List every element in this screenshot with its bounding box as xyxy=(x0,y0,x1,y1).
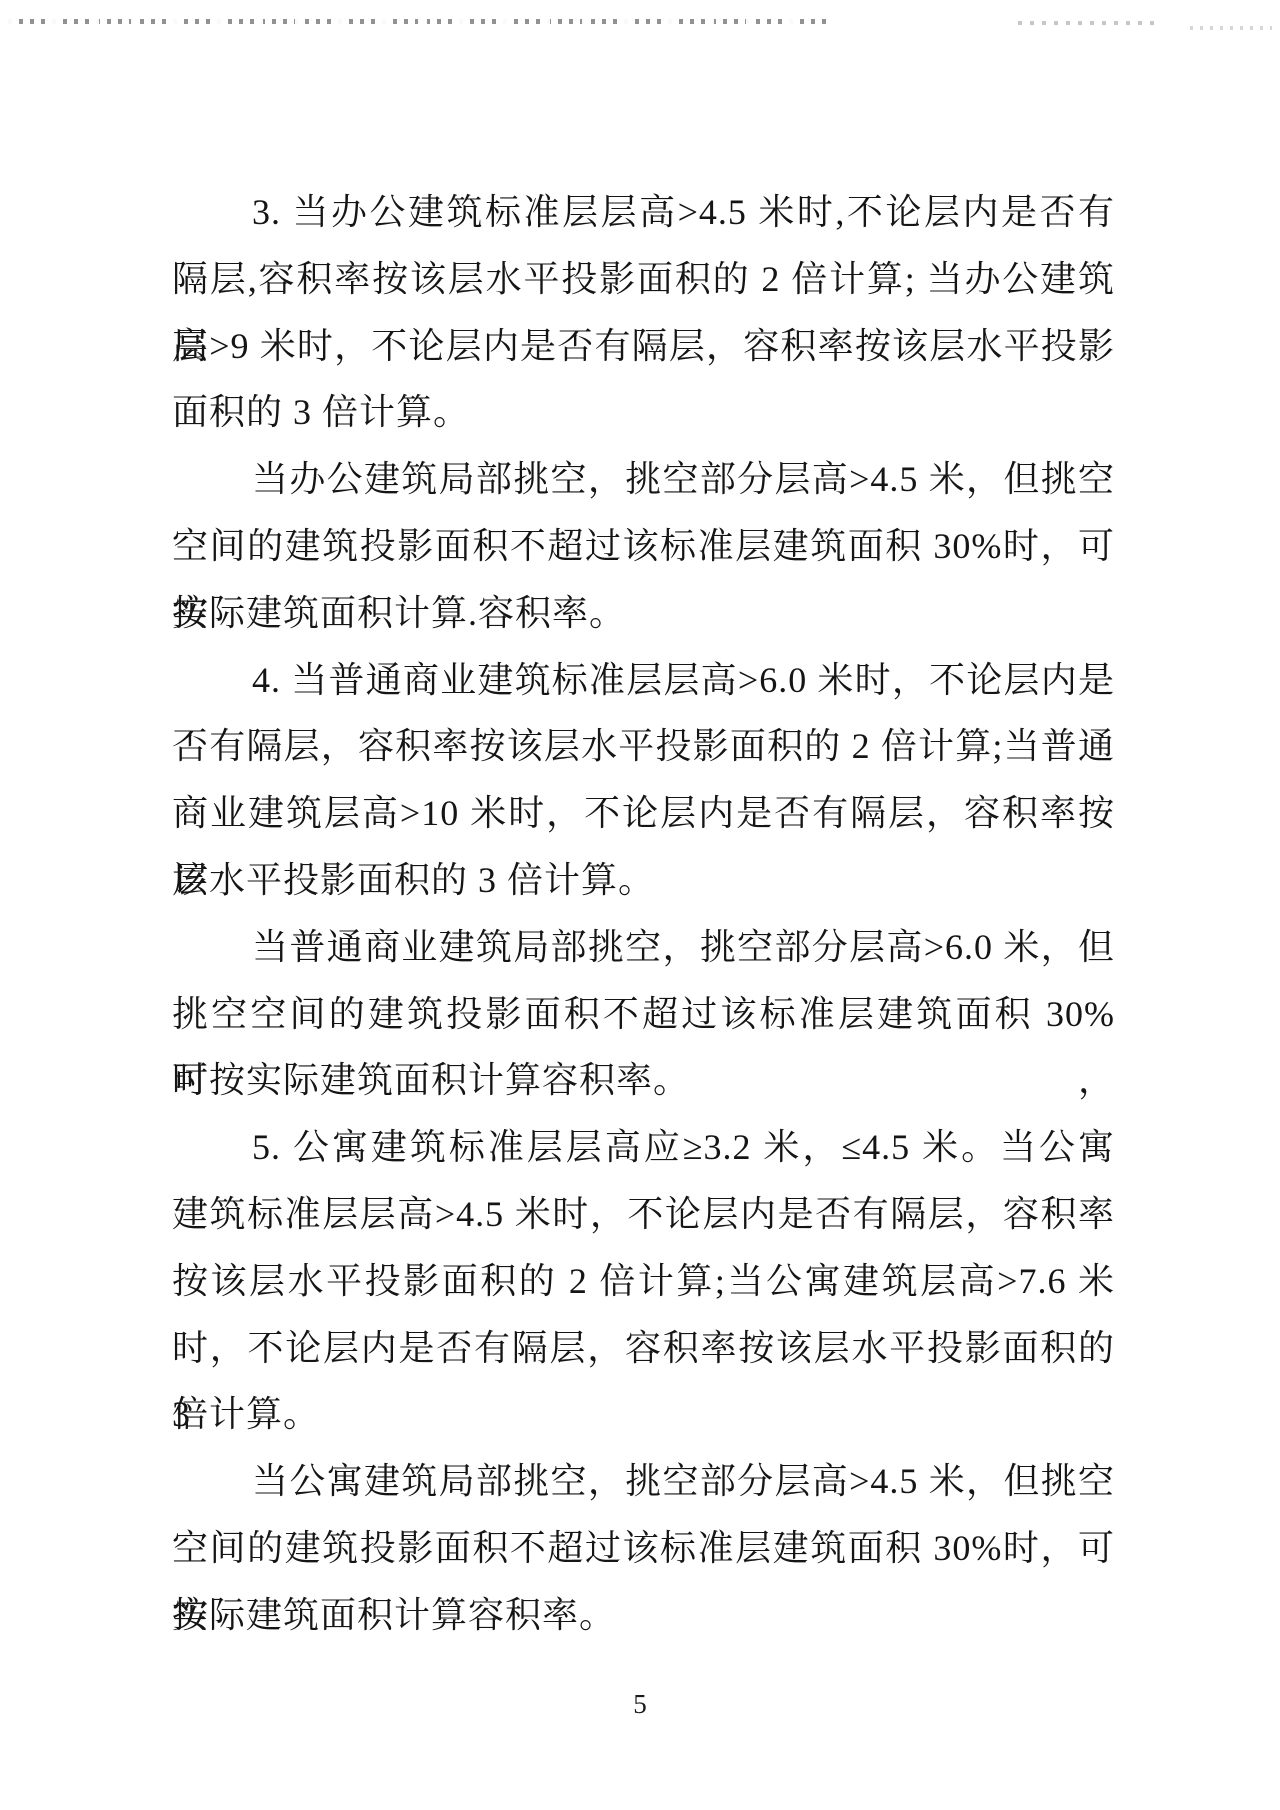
paragraph: 3. 当办公建筑标准层层高>4.5 米时,不论层内是否有隔层,容积率按该层水平投… xyxy=(172,179,1115,446)
paragraph: 5. 公寓建筑标准层层高应≥3.2 米，≤4.5 米。当公寓建筑标准层层高>4.… xyxy=(172,1114,1115,1448)
document-page: 3. 当办公建筑标准层层高>4.5 米时,不论层内是否有隔层,容积率按该层水平投… xyxy=(0,0,1280,1810)
text-line: 商业建筑层高>10 米时，不论层内是否有隔层，容积率按该 xyxy=(172,780,1115,847)
text-line: 实际建筑面积计算容积率。 xyxy=(172,1582,1115,1649)
paragraph: 当普通商业建筑局部挑空，挑空部分层高>6.0 米，但挑空空间的建筑投影面积不超过… xyxy=(172,914,1115,1114)
scan-noise-strip xyxy=(1190,26,1272,30)
paragraph: 当公寓建筑局部挑空，挑空部分层高>4.5 米，但挑空空间的建筑投影面积不超过该标… xyxy=(172,1448,1115,1648)
text-line: 4. 当普通商业建筑标准层层高>6.0 米时，不论层内是 xyxy=(172,647,1115,714)
paragraph: 当办公建筑局部挑空，挑空部分层高>4.5 米，但挑空空间的建筑投影面积不超过该标… xyxy=(172,446,1115,646)
text-line: 挑空空间的建筑投影面积不超过该标准层建筑面积 30%时， xyxy=(172,981,1115,1048)
text-line: 建筑标准层层高>4.5 米时，不论层内是否有隔层，容积率 xyxy=(172,1181,1115,1248)
text-line: 实际建筑面积计算.容积率。 xyxy=(172,580,1115,647)
text-line: 当普通商业建筑局部挑空，挑空部分层高>6.0 米，但 xyxy=(172,914,1115,981)
text-block: 3. 当办公建筑标准层层高>4.5 米时,不论层内是否有隔层,容积率按该层水平投… xyxy=(172,179,1115,1649)
scan-noise-strip xyxy=(1018,21,1160,25)
paragraph: 4. 当普通商业建筑标准层层高>6.0 米时，不论层内是否有隔层，容积率按该层水… xyxy=(172,647,1115,914)
text-line: 5. 公寓建筑标准层层高应≥3.2 米，≤4.5 米。当公寓 xyxy=(172,1114,1115,1181)
text-line: 当公寓建筑局部挑空，挑空部分层高>4.5 米，但挑空 xyxy=(172,1448,1115,1515)
text-line: 当办公建筑局部挑空，挑空部分层高>4.5 米，但挑空 xyxy=(172,446,1115,513)
text-line: 时，不论层内是否有隔层，容积率按该层水平投影面积的 3 xyxy=(172,1315,1115,1382)
text-line: 否有隔层，容积率按该层水平投影面积的 2 倍计算;当普通 xyxy=(172,713,1115,780)
text-line: 3. 当办公建筑标准层层高>4.5 米时,不论层内是否有 xyxy=(172,179,1115,246)
text-line: 按该层水平投影面积的 2 倍计算;当公寓建筑层高>7.6 米 xyxy=(172,1248,1115,1315)
text-line: 面积的 3 倍计算。 xyxy=(172,379,1115,446)
page-number: 5 xyxy=(0,1684,1280,1724)
text-line: 空间的建筑投影面积不超过该标准层建筑面积 30%时，可按 xyxy=(172,1515,1115,1582)
text-line: 层水平投影面积的 3 倍计算。 xyxy=(172,847,1115,914)
text-line: 高>9 米时，不论层内是否有隔层，容积率按该层水平投影 xyxy=(172,313,1115,380)
text-line: 空间的建筑投影面积不超过该标准层建筑面积 30%时，可按 xyxy=(172,513,1115,580)
text-line: 倍计算。 xyxy=(172,1381,1115,1448)
text-line: 隔层,容积率按该层水平投影面积的 2 倍计算; 当办公建筑层 xyxy=(172,246,1115,313)
scan-noise-strip xyxy=(8,19,832,24)
